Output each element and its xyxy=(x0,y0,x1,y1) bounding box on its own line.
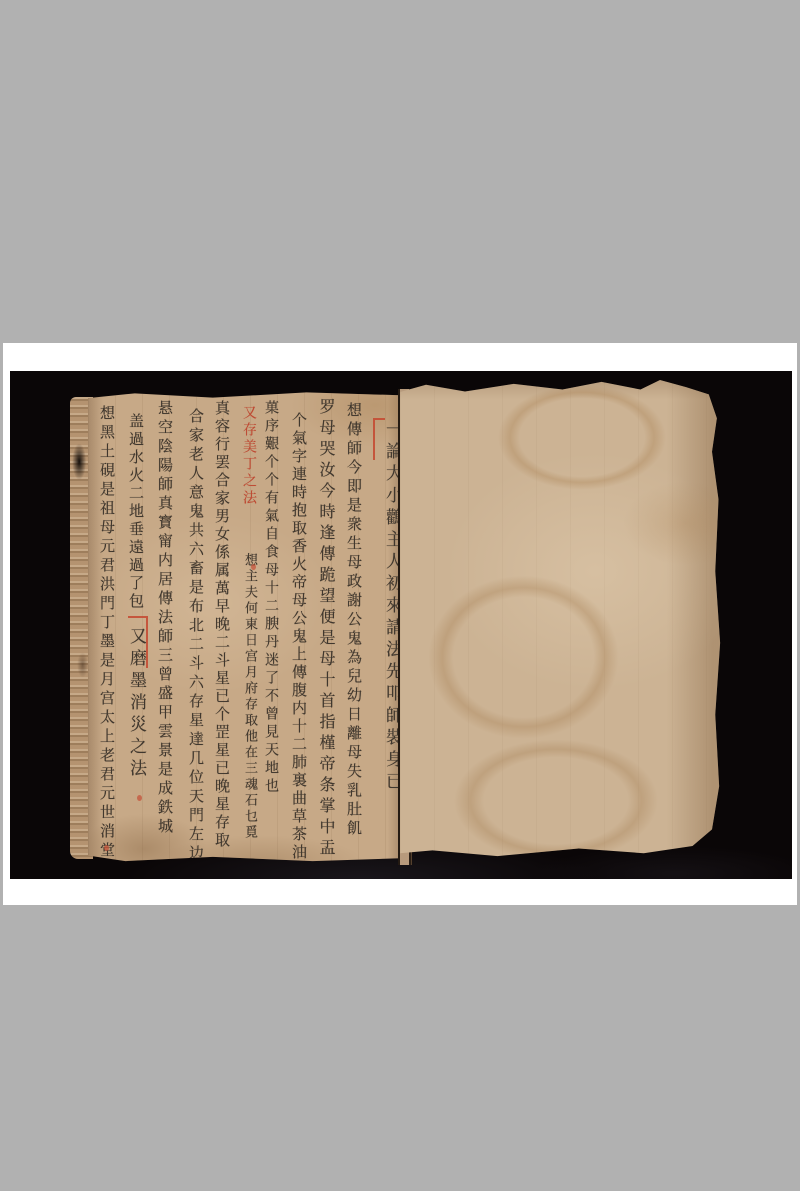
white-mat: 一論大小鸛主人初來請法先叩師裝身已 想傳師今即是衆生母政謝公鬼為兒幼日離母失乳肚… xyxy=(3,343,797,905)
red-bracket-mark xyxy=(128,616,148,668)
text-column-11: 想黑土硯是祖母元君洪門丁墨是月宫太上老君元世消堂 xyxy=(94,405,120,861)
column-text: 真容行罢合家男女係属萬早晚二斗星已个罡星已晚星存取 xyxy=(213,400,231,850)
text-column-7: 真容行罢合家男女係属萬早晚二斗星已个罡星已晚星存取 xyxy=(209,400,235,850)
text-column-1: 一論大小鸛主人初來請法先叩師裝身已 xyxy=(379,420,400,794)
manuscript-photo: 一論大小鸛主人初來請法先叩師裝身已 想傳師今即是衆生母政謝公鬼為兒幼日離母失乳肚… xyxy=(10,371,792,879)
right-page-blank xyxy=(400,380,725,858)
text-column-2: 想傳師今即是衆生母政謝公鬼為兒幼日離母失乳肚飢 xyxy=(341,402,367,839)
left-page: 一論大小鸛主人初來請法先叩師裝身已 想傳師今即是衆生母政謝公鬼為兒幼日離母失乳肚… xyxy=(88,391,400,863)
text-column-9: 悬空陰陽師真寳甯内居傳法師三曾盛甲雲景是成鉄城 xyxy=(152,400,178,837)
column-text: 想主夫何東日宫月府存取他在三魂石乜覓 xyxy=(242,553,257,841)
column-text: 悬空陰陽師真寳甯内居傳法師三曾盛甲雲景是成鉄城 xyxy=(156,400,174,837)
red-dot-mark xyxy=(137,795,142,801)
text-column-4: 个氣字連時抱取香火帝母公鬼上傳腹内十二肺裏曲草茶油 xyxy=(286,412,312,862)
text-column-10: 盖過水火二地垂遠過了包又磨墨消災之法 xyxy=(123,413,149,781)
red-dot-mark xyxy=(251,564,256,570)
column-text: 盖過水火二地垂遠過了包 xyxy=(127,413,145,611)
column-text: 合家老人意鬼共六畜是布北二斗六存星達几位天門左边甲 xyxy=(187,408,205,863)
text-column-6: 又存美丁之法想主夫何東日宫月府存取他在三魂石乜覓 xyxy=(236,405,262,841)
red-dot-mark xyxy=(104,845,109,851)
column-text: 想黑土硯是祖母元君洪門丁墨是月宫太上老君元世消堂 xyxy=(98,405,116,861)
column-text: 个氣字連時抱取香火帝母公鬼上傳腹内十二肺裏曲草茶油 xyxy=(290,412,308,862)
column-text: 想傳師今即是衆生母政謝公鬼為兒幼日離母失乳肚飢 xyxy=(345,402,363,839)
red-bracket-mark xyxy=(373,418,385,460)
column-text: 菓序艱个个有氣自食母十二腴丹迷了不曾見天地也 xyxy=(263,400,279,796)
red-ink-text: 又存美丁之法 xyxy=(241,405,257,507)
text-column-3: 罗母哭汝今時逢傳跪望便是母十首指槿帝条掌中盂 xyxy=(313,398,339,860)
text-column-8: 合家老人意鬼共六畜是布北二斗六存星達几位天門左边甲 xyxy=(183,408,209,863)
column-text: 罗母哭汝今時逢傳跪望便是母十首指槿帝条掌中盂 xyxy=(317,398,336,860)
